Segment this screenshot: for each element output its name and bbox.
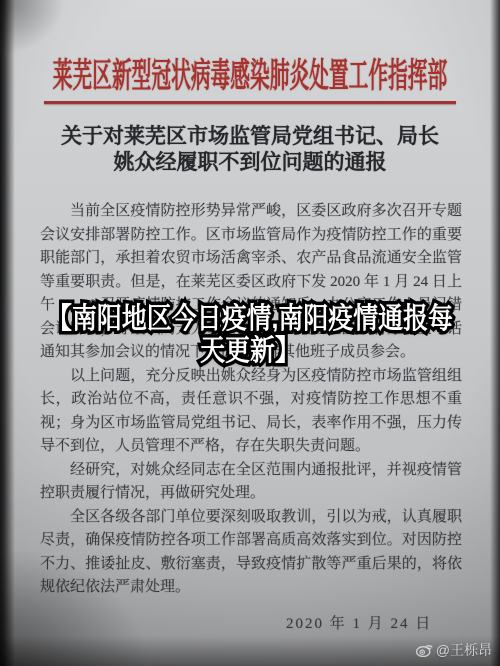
weibo-handle: @王栎昂	[436, 640, 492, 660]
letterhead-underline	[44, 101, 456, 104]
document-photo: 莱芜区新型冠状病毒感染肺炎处置工作指挥部 关于对莱芜区市场监管局党组书记、局长 …	[0, 0, 500, 666]
paragraph-1: 当前全区疫情防控形势异常严峻，区委区政府多次召开专题会议安排部署防控工作。区市场…	[40, 200, 462, 365]
paragraph-4: 全区各级各部门单位要深刻吸取教训，引以为戒，认真履职尽责，确保疫情防控各项工作部…	[40, 506, 462, 600]
document-title-line1: 关于对莱芜区市场监管局党组书记、局长	[0, 123, 500, 149]
document-title: 关于对莱芜区市场监管局党组书记、局长 姚众经履职不到位问题的通报	[0, 123, 500, 175]
paragraph-3: 经研究，对姚众经同志在全区范围内通报批评，并视疫情管控职责履行情况，再做研究处理…	[40, 459, 462, 506]
document-date: 2020 年 1 月 24 日	[286, 612, 432, 633]
letterhead: 莱芜区新型冠状病毒感染肺炎处置工作指挥部	[0, 48, 500, 97]
document-title-line2: 姚众经履职不到位问题的通报	[0, 149, 500, 175]
weibo-watermark: @王栎昂	[416, 640, 492, 660]
document-body: 当前全区疫情防控形势异常严峻，区委区政府多次召开专题会议安排部署防控工作。区市场…	[40, 200, 462, 600]
photo-edge-right	[489, 0, 500, 666]
photo-edge-left	[0, 0, 16, 666]
paragraph-2: 以上问题，充分反映出姚众经身为区疫情防控市场监管组组长，政治站位不高，责任意识不…	[40, 365, 462, 459]
letterhead-text: 莱芜区新型冠状病毒感染肺炎处置工作指挥部	[53, 48, 447, 97]
weibo-icon	[416, 643, 433, 657]
